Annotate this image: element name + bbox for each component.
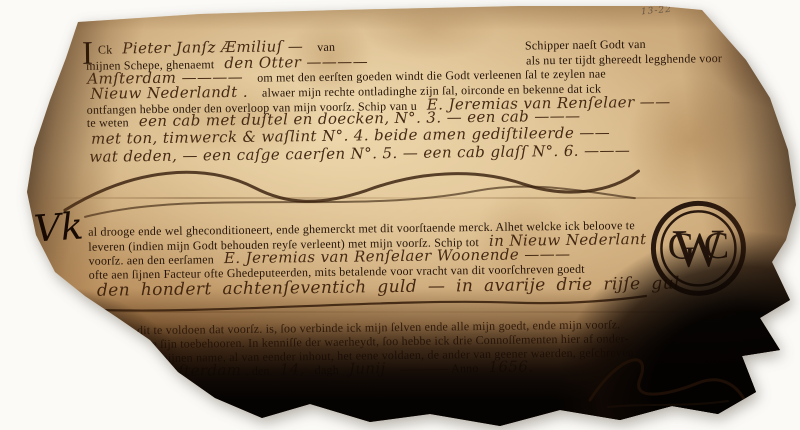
handwritten-day: 14, <box>280 360 305 378</box>
bill-line-17-date: in Amſterdam , den 14, dagh Junij ———— A… <box>132 357 534 381</box>
handwritten-year: 1656. <box>488 357 533 376</box>
printed-text: te weten <box>87 115 129 130</box>
printed-text: dagh <box>315 363 339 377</box>
printed-text: , den <box>245 364 269 378</box>
photo-backdrop: I Ck Pieter Janſz Æmiliuſ — van Schipper… <box>0 0 800 430</box>
merchant-mark: Vk <box>33 204 85 250</box>
wic-letter-g: G <box>667 225 695 267</box>
handwritten-month: Junij <box>349 359 386 377</box>
wic-company-monogram: W G C <box>648 198 749 299</box>
wic-letter-c: C <box>703 225 729 267</box>
pen-flourish-squiggles <box>54 153 645 222</box>
handwritten-signing-place: in Amſterdam <box>132 361 242 380</box>
document-paper: I Ck Pieter Janſz Æmiliuſ — van Schipper… <box>0 0 800 430</box>
document-wrap: I Ck Pieter Janſz Æmiliuſ — van Schipper… <box>0 0 800 430</box>
printed-text: ———— Anno <box>400 361 479 376</box>
signature-flourish <box>578 345 753 415</box>
